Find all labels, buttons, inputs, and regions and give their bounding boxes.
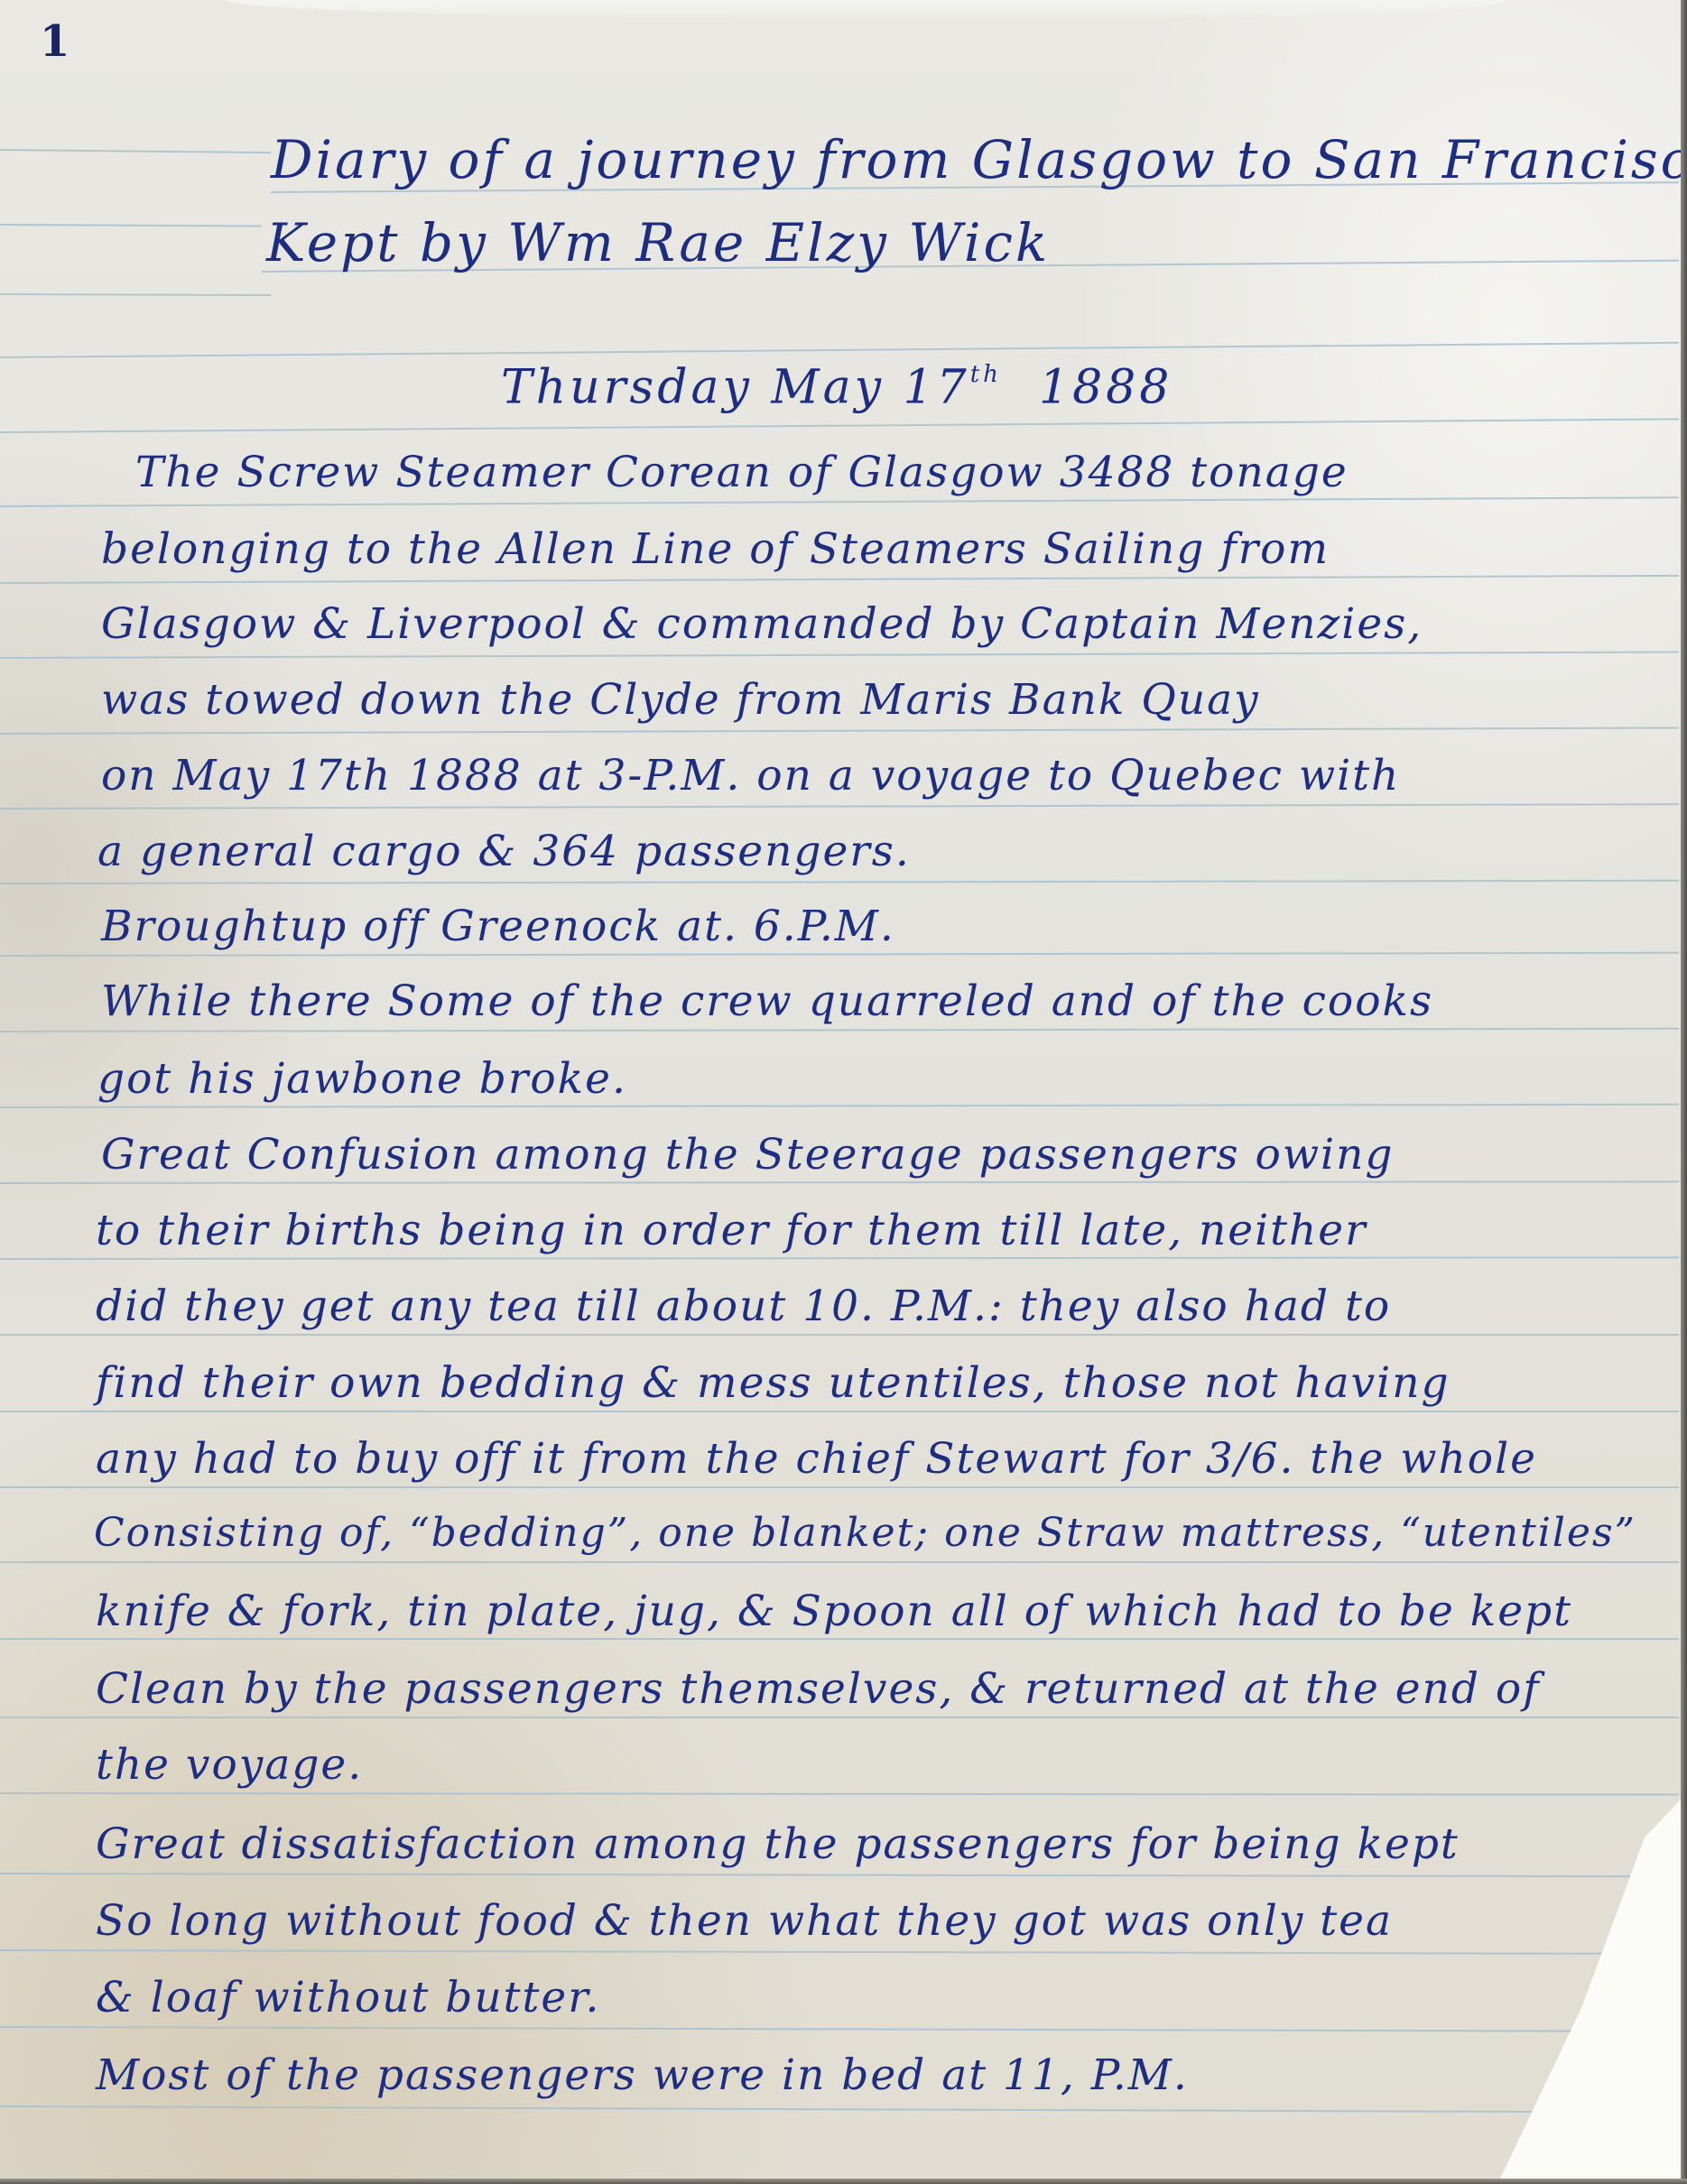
- rule-line: [0, 2105, 1679, 2113]
- date-ordinal: th: [970, 361, 1002, 388]
- body-line-22: Most of the passengers were in bed at 11…: [96, 2054, 1189, 2096]
- diary-title-line-2: Kept by Wm Rae Elzy Wick: [266, 217, 1050, 269]
- date-heading: Thursday May 17th 1888: [501, 363, 1173, 411]
- body-line-9: got his jawbone broke.: [97, 1058, 627, 1100]
- body-line-4: was towed down the Clyde from Maris Bank…: [101, 679, 1260, 721]
- rule-line: [0, 2026, 1679, 2032]
- rule-line: [0, 1104, 1679, 1108]
- rule-line: [0, 1638, 1679, 1640]
- rule-line: [0, 727, 1679, 735]
- rule-line: [0, 1486, 1679, 1488]
- rule-line: [0, 418, 1679, 433]
- page-corner-highlight: [1500, 1800, 1681, 2179]
- rule-line: [0, 1256, 1679, 1260]
- rule-line: [0, 496, 1679, 507]
- rule-line: [0, 803, 1679, 810]
- body-line-17: Clean by the passengers themselves, & re…: [96, 1668, 1541, 1710]
- rule-line: [0, 575, 1679, 584]
- page-number: 1: [40, 20, 70, 63]
- body-line-6: a general cargo & 364 passengers.: [97, 830, 911, 873]
- rule-line: [0, 952, 1679, 957]
- body-line-16: knife & fork, tin plate, jug, & Spoon al…: [96, 1590, 1572, 1633]
- body-line-10: Great Confusion among the Steerage passe…: [101, 1134, 1394, 1176]
- rule-line: [0, 1792, 1679, 1796]
- body-line-3: Glasgow & Liverpool & commanded by Capta…: [101, 603, 1423, 645]
- rule-line: [0, 1334, 1679, 1336]
- diary-page: 1 Diary of a journey from Glasgow to San…: [0, 0, 1681, 2179]
- body-line-21: & loaf without butter.: [96, 1976, 600, 2019]
- rule-line: [0, 342, 1679, 358]
- rule-line: [0, 1873, 1679, 1877]
- body-line-2: belonging to the Allen Line of Steamers …: [101, 528, 1330, 570]
- body-line-1: The Screw Steamer Corean of Glasgow 3488…: [135, 451, 1349, 494]
- rule-line: [0, 1949, 1679, 1955]
- body-line-8: While there Some of the crew quarreled a…: [101, 980, 1433, 1023]
- body-line-14: any had to buy off it from the chief Ste…: [96, 1438, 1537, 1480]
- body-line-5: on May 17th 1888 at 3-P.M. on a voyage t…: [101, 754, 1400, 797]
- body-line-15: Consisting of, “bedding”, one blanket; o…: [94, 1513, 1636, 1553]
- rule-line: [0, 293, 271, 296]
- rule-line: [0, 880, 1679, 884]
- body-line-7: Broughtup off Greenock at. 6.P.M.: [101, 905, 895, 948]
- date-year: 1888: [1039, 360, 1173, 414]
- body-line-19: Great dissatisfaction among the passenge…: [96, 1823, 1460, 1865]
- rule-line: [0, 224, 262, 227]
- rule-line: [0, 1028, 1679, 1032]
- rule-line: [0, 1180, 1679, 1184]
- rule-line: [0, 1717, 1679, 1718]
- body-line-18: the voyage.: [96, 1744, 363, 1786]
- body-line-13: find their own bedding & mess utentiles,…: [96, 1362, 1451, 1404]
- date-weekday-month: Thursday May 17: [501, 360, 970, 414]
- rule-line: [0, 1561, 1679, 1563]
- rule-line: [0, 1411, 1679, 1412]
- page-top-curl: [226, 0, 1507, 20]
- rule-line: [0, 149, 271, 153]
- body-line-20: So long without food & then what they go…: [96, 1900, 1393, 1942]
- rule-line: [0, 652, 1679, 659]
- page-edge-right: [1681, 0, 1687, 2184]
- body-line-11: to their births being in order for them …: [96, 1209, 1367, 1252]
- body-line-12: did they get any tea till about 10. P.M.…: [96, 1285, 1391, 1328]
- page-edge-bottom: [0, 2179, 1687, 2184]
- diary-title-line-1: Diary of a journey from Glasgow to San F…: [271, 134, 1687, 186]
